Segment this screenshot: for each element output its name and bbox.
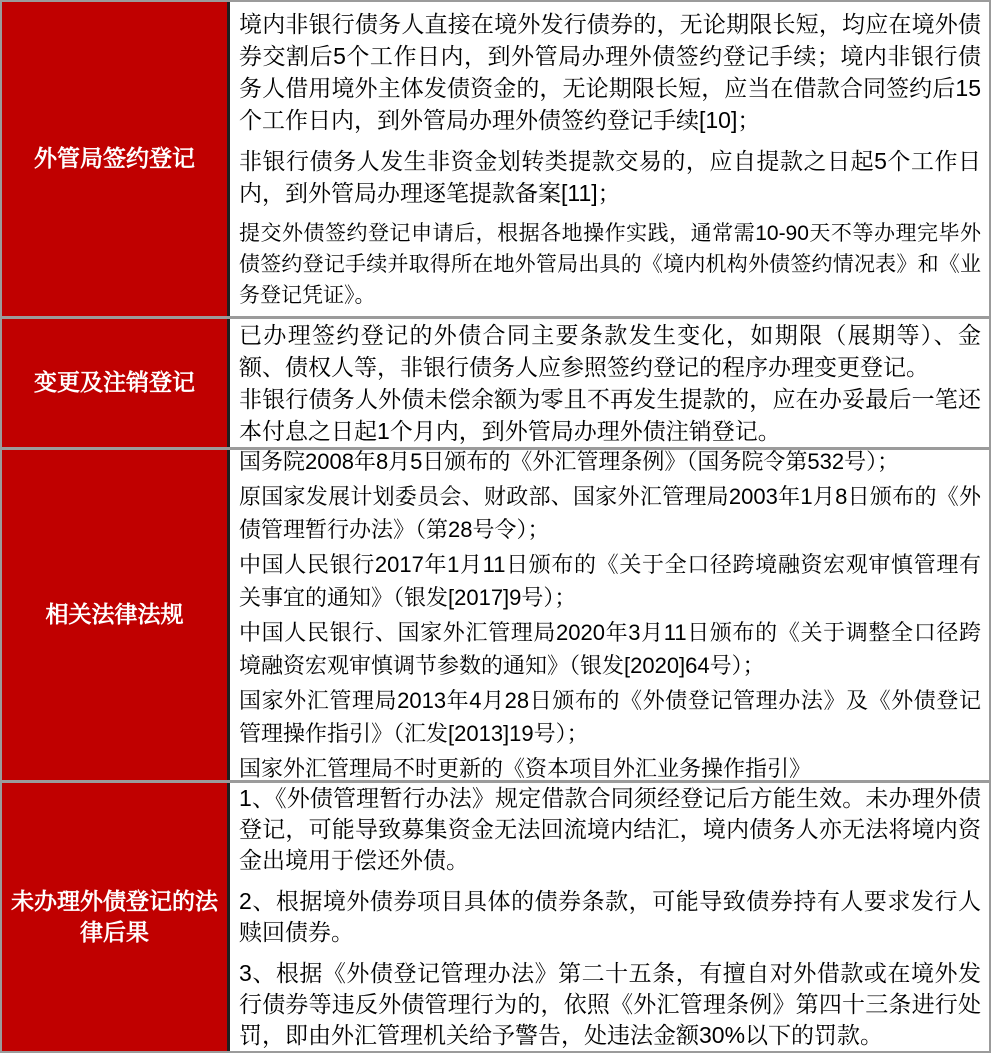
content-paragraph: 3、根据《外债登记管理办法》第二十五条，有擅自对外借款或在境外发行债券等违反外债… bbox=[239, 958, 981, 1051]
row-header-label: 相关法律法规 bbox=[46, 599, 184, 630]
content-paragraph: 国家外汇管理局2013年4月28日颁布的《外债登记管理办法》及《外债登记管理操作… bbox=[239, 684, 981, 750]
foreign-debt-registration-table: 外管局签约登记 境内非银行债务人直接在境外发行债券的，无论期限长短，均应在境外债… bbox=[0, 0, 991, 1053]
content-paragraph: 国家外汇管理局不时更新的《资本项目外汇业务操作指引》 bbox=[239, 752, 981, 780]
content-paragraph: 1、《外债管理暂行办法》规定借款合同须经登记后方能生效。未办理外债登记，可能导致… bbox=[239, 783, 981, 876]
content-paragraph: 已办理签约登记的外债合同主要条款发生变化，如期限（展期等）、金额、债权人等，非银… bbox=[239, 319, 981, 383]
table-row-legal-consequences: 未办理外债登记的法律后果 1、《外债管理暂行办法》规定借款合同须经登记后方能生效… bbox=[2, 783, 989, 1051]
row-header-label: 未办理外债登记的法律后果 bbox=[10, 886, 219, 948]
row-header-cell: 未办理外债登记的法律后果 bbox=[2, 783, 230, 1051]
row-header-label: 变更及注销登记 bbox=[34, 367, 195, 398]
table-row-change-cancellation-registration: 变更及注销登记 已办理签约登记的外债合同主要条款发生变化，如期限（展期等）、金额… bbox=[2, 319, 989, 450]
row-content-cell: 1、《外债管理暂行办法》规定借款合同须经登记后方能生效。未办理外债登记，可能导致… bbox=[230, 783, 989, 1051]
content-paragraph: 中国人民银行、国家外汇管理局2020年3月11日颁布的《关于调整全口径跨境融资宏… bbox=[239, 616, 981, 682]
row-header-cell: 变更及注销登记 bbox=[2, 319, 230, 447]
table-row-safe-signing-registration: 外管局签约登记 境内非银行债务人直接在境外发行债券的，无论期限长短，均应在境外债… bbox=[2, 2, 989, 319]
content-paragraph: 中国人民银行2017年1月11日颁布的《关于全口径跨境融资宏观审慎管理有关事宜的… bbox=[239, 548, 981, 614]
table-row-related-laws-regulations: 相关法律法规 国务院2008年8月5日颁布的《外汇管理条例》（国务院令第532号… bbox=[2, 450, 989, 783]
row-content-cell: 已办理签约登记的外债合同主要条款发生变化，如期限（展期等）、金额、债权人等，非银… bbox=[230, 319, 989, 447]
content-paragraph: 原国家发展计划委员会、财政部、国家外汇管理局2003年1月8日颁布的《外债管理暂… bbox=[239, 480, 981, 546]
content-paragraph: 国务院2008年8月5日颁布的《外汇管理条例》（国务院令第532号）； bbox=[239, 450, 981, 478]
row-content-cell: 境内非银行债务人直接在境外发行债券的，无论期限长短，均应在境外债券交割后5个工作… bbox=[230, 2, 989, 316]
row-content-cell: 国务院2008年8月5日颁布的《外汇管理条例》（国务院令第532号）； 原国家发… bbox=[230, 450, 989, 780]
content-paragraph: 提交外债签约登记申请后，根据各地操作实践，通常需10-90天不等办理完毕外债签约… bbox=[239, 218, 981, 311]
row-header-cell: 外管局签约登记 bbox=[2, 2, 230, 316]
row-header-label: 外管局签约登记 bbox=[34, 143, 195, 174]
content-paragraph: 非银行债务人外债未偿余额为零且不再发生提款的，应在办妥最后一笔还本付息之日起1个… bbox=[239, 383, 981, 447]
row-header-cell: 相关法律法规 bbox=[2, 450, 230, 780]
content-paragraph: 非银行债务人发生非资金划转类提款交易的，应自提款之日起5个工作日内，到外管局办理… bbox=[239, 145, 981, 209]
content-paragraph: 2、根据境外债券项目具体的债券条款，可能导致债券持有人要求发行人赎回债券。 bbox=[239, 886, 981, 948]
content-paragraph: 境内非银行债务人直接在境外发行债券的，无论期限长短，均应在境外债券交割后5个工作… bbox=[239, 8, 981, 136]
